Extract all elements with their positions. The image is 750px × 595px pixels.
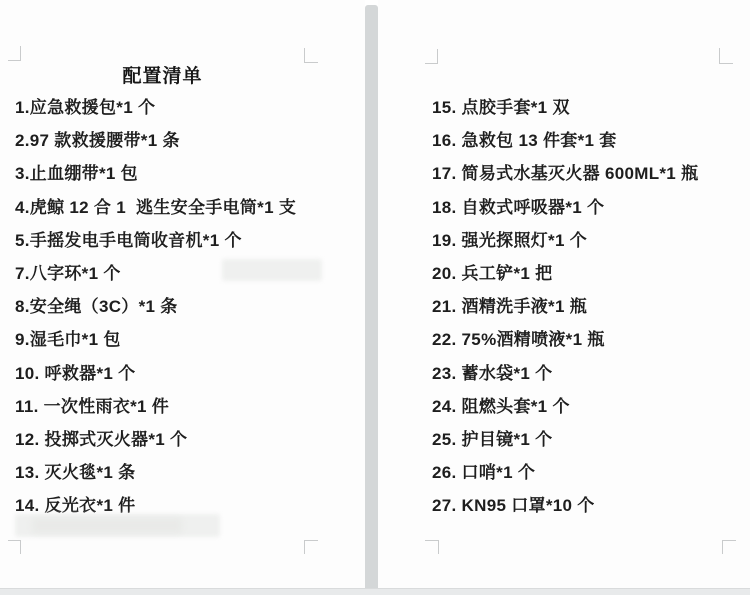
list-item: 9.湿毛巾*1 包 <box>15 323 360 356</box>
page-left: 配置清单 1.应急救援包*1 个 2.97 款救援腰带*1 条 3.止血绷带*1… <box>0 0 365 588</box>
list-item: 2.97 款救援腰带*1 条 <box>15 124 360 157</box>
erased-text-smudge <box>222 259 322 281</box>
page-gap-divider <box>365 5 378 590</box>
list-item: 15. 点胶手套*1 双 <box>432 91 747 124</box>
document-photo: 配置清单 1.应急救援包*1 个 2.97 款救援腰带*1 条 3.止血绷带*1… <box>0 0 750 595</box>
item-list-left: 1.应急救援包*1 个 2.97 款救援腰带*1 条 3.止血绷带*1 包 4.… <box>15 91 360 522</box>
list-item: 26. 口哨*1 个 <box>432 456 747 489</box>
list-item: 16. 急救包 13 件套*1 套 <box>432 124 747 157</box>
list-item: 27. KN95 口罩*10 个 <box>432 489 747 522</box>
crop-mark-icon <box>425 49 438 64</box>
list-item: 21. 酒精洗手液*1 瓶 <box>432 290 747 323</box>
erased-text-smudge <box>32 518 182 533</box>
item-list-right: 15. 点胶手套*1 双 16. 急救包 13 件套*1 套 17. 简易式水基… <box>432 91 747 522</box>
crop-mark-icon <box>8 540 21 554</box>
list-item: 13. 灭火毯*1 条 <box>15 456 360 489</box>
crop-mark-icon <box>722 540 736 554</box>
crop-mark-icon <box>304 540 318 554</box>
list-item: 17. 简易式水基灭火器 600ML*1 瓶 <box>432 157 747 190</box>
crop-mark-icon <box>425 540 439 554</box>
list-item: 4.虎鲸 12 合 1 逃生安全手电筒*1 支 <box>15 191 360 224</box>
list-item: 1.应急救援包*1 个 <box>15 91 360 124</box>
page-bottom-edge <box>0 588 750 595</box>
list-item: 18. 自救式呼吸器*1 个 <box>432 191 747 224</box>
crop-mark-icon <box>304 48 318 63</box>
list-item: 11. 一次性雨衣*1 件 <box>15 390 360 423</box>
list-item: 12. 投掷式灭火器*1 个 <box>15 423 360 456</box>
crop-mark-icon <box>8 46 21 61</box>
list-item: 5.手摇发电手电筒收音机*1 个 <box>15 224 360 257</box>
page-title: 配置清单 <box>20 61 305 88</box>
list-item: 25. 护目镜*1 个 <box>432 423 747 456</box>
crop-mark-icon <box>719 48 733 64</box>
list-item: 24. 阻燃头套*1 个 <box>432 390 747 423</box>
list-item: 19. 强光探照灯*1 个 <box>432 224 747 257</box>
list-item: 10. 呼救器*1 个 <box>15 357 360 390</box>
list-item: 23. 蓄水袋*1 个 <box>432 357 747 390</box>
list-item: 22. 75%酒精喷液*1 瓶 <box>432 323 747 356</box>
list-item: 8.安全绳（3C）*1 条 <box>15 290 360 323</box>
list-item: 3.止血绷带*1 包 <box>15 157 360 190</box>
list-item: 20. 兵工铲*1 把 <box>432 257 747 290</box>
